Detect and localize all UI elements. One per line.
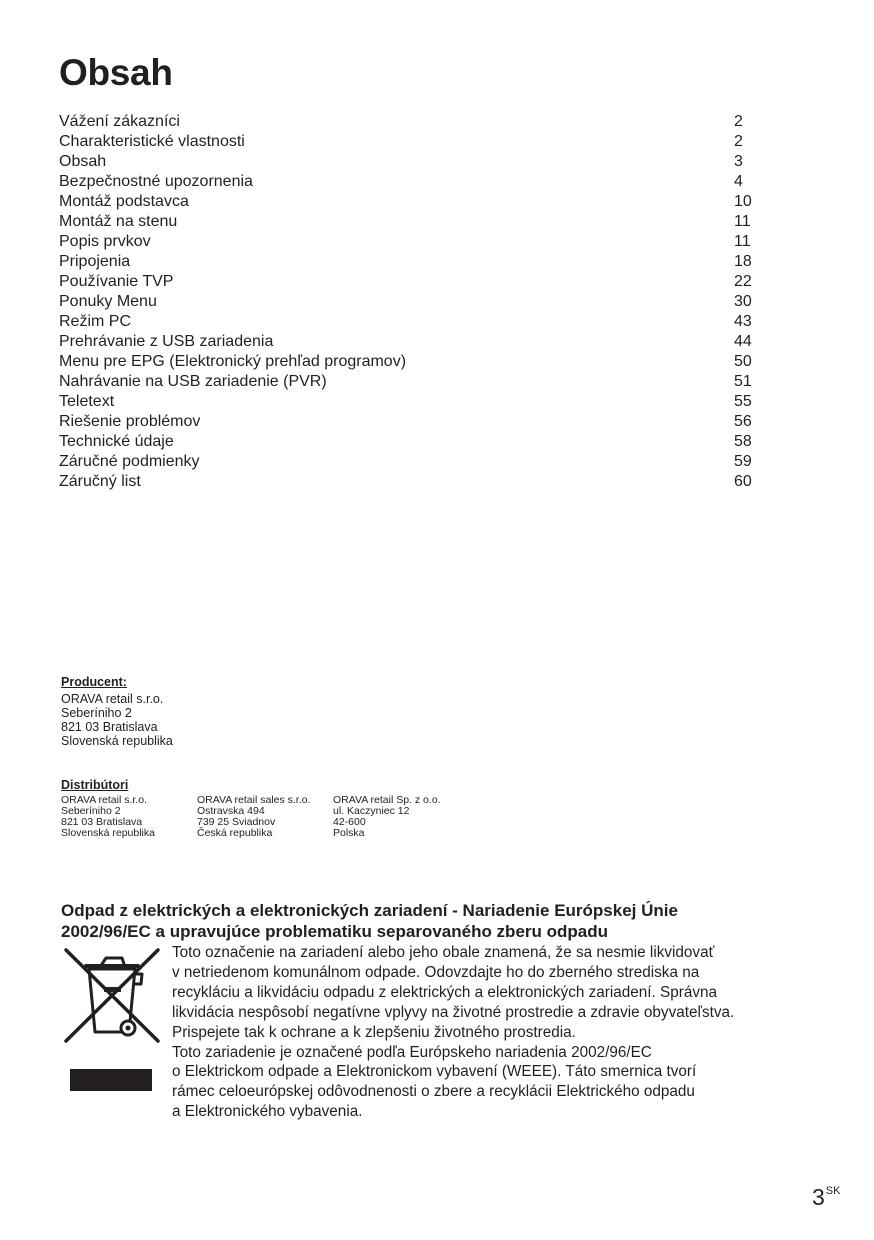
producer-line: Seberíniho 2 <box>61 706 173 720</box>
distributor-line: Polska <box>333 828 441 839</box>
weee-text-line: likvidácia nespôsobí negatívne vplyvy na… <box>172 1003 822 1023</box>
toc-entry-page: 44 <box>734 332 752 352</box>
toc-entry[interactable]: Záručný list60 <box>59 472 759 492</box>
toc-entry-page: 11 <box>734 232 751 252</box>
toc-entry-label: Nahrávanie na USB zariadenie (PVR) <box>59 372 327 392</box>
toc-entry-page: 51 <box>734 372 752 392</box>
toc-entry[interactable]: Montáž na stenu11 <box>59 212 759 232</box>
crossed-out-wheelie-bin-icon <box>62 944 162 1044</box>
toc-entry-label: Riešenie problémov <box>59 412 200 432</box>
toc-entry-page: 10 <box>734 192 752 212</box>
distributors-heading: Distribútori <box>61 778 441 792</box>
toc-entry[interactable]: Menu pre EPG (Elektronický prehľad progr… <box>59 352 759 372</box>
toc-entry-page: 58 <box>734 432 752 452</box>
toc-entry[interactable]: Používanie TVP22 <box>59 272 759 292</box>
toc-entry[interactable]: Prehrávanie z USB zariadenia44 <box>59 332 759 352</box>
toc-entry[interactable]: Popis prvkov11 <box>59 232 759 252</box>
toc-entry-label: Režim PC <box>59 312 131 332</box>
producer-line: ORAVA retail s.r.o. <box>61 692 173 706</box>
toc-entry-label: Záručné podmienky <box>59 452 200 472</box>
toc-entry-page: 22 <box>734 272 752 292</box>
page-title: Obsah <box>59 52 173 94</box>
weee-text-line: Toto zariadenie je označené podľa Európs… <box>172 1043 822 1063</box>
toc-entry[interactable]: Nahrávanie na USB zariadenie (PVR)51 <box>59 372 759 392</box>
toc-entry-label: Vážení zákazníci <box>59 112 180 132</box>
weee-black-bar <box>70 1069 152 1091</box>
page-number: 3SK <box>812 1184 840 1211</box>
toc-entry[interactable]: Montáž podstavca10 <box>59 192 759 212</box>
toc-entry-page: 55 <box>734 392 752 412</box>
toc-entry-label: Technické údaje <box>59 432 174 452</box>
weee-text-line: v netriedenom komunálnom odpade. Odovzda… <box>172 963 822 983</box>
toc-entry[interactable]: Ponuky Menu30 <box>59 292 759 312</box>
weee-heading-line: Odpad z elektrických a elektronických za… <box>61 901 678 920</box>
toc-entry-page: 11 <box>734 212 751 232</box>
toc-entry-label: Popis prvkov <box>59 232 151 252</box>
toc-entry-page: 59 <box>734 452 752 472</box>
producer-line: Slovenská republika <box>61 734 173 748</box>
producer-line: 821 03 Bratislava <box>61 720 173 734</box>
toc-entry[interactable]: Riešenie problémov56 <box>59 412 759 432</box>
toc-entry-page: 30 <box>734 292 752 312</box>
toc-entry-label: Teletext <box>59 392 114 412</box>
toc-entry[interactable]: Obsah3 <box>59 152 759 172</box>
distributor-address: ORAVA retail s.r.o. Seberíniho 2 821 03 … <box>61 795 197 839</box>
weee-text-line: Toto označenie na zariadení alebo jeho o… <box>172 943 822 963</box>
toc-entry-page: 60 <box>734 472 752 492</box>
toc-entry-label: Používanie TVP <box>59 272 173 292</box>
toc-entry-label: Záručný list <box>59 472 141 492</box>
toc-entry-label: Charakteristické vlastnosti <box>59 132 245 152</box>
toc-entry[interactable]: Vážení zákazníci2 <box>59 112 759 132</box>
table-of-contents: Vážení zákazníci2Charakteristické vlastn… <box>59 112 759 492</box>
distributor-address: ORAVA retail Sp. z o.o. ul. Kaczyniec 12… <box>333 795 441 839</box>
weee-description: Toto označenie na zariadení alebo jeho o… <box>172 943 822 1122</box>
distributor-line: Česká republika <box>197 828 333 839</box>
toc-entry-label: Bezpečnostné upozornenia <box>59 172 253 192</box>
weee-heading-line: 2002/96/EC a upravujúce problematiku sep… <box>61 922 608 941</box>
toc-entry-label: Prehrávanie z USB zariadenia <box>59 332 273 352</box>
weee-text-line: rámec celoeurópskej odôvodnenosti o zber… <box>172 1082 822 1102</box>
toc-entry-page: 2 <box>734 112 743 132</box>
toc-entry[interactable]: Teletext55 <box>59 392 759 412</box>
weee-text-line: recykláciu a likvidáciu odpadu z elektri… <box>172 983 822 1003</box>
weee-heading: Odpad z elektrických a elektronických za… <box>61 900 821 942</box>
producer-heading: Producent: <box>61 675 173 689</box>
distributor-line: Slovenská republika <box>61 828 197 839</box>
toc-entry-page: 3 <box>734 152 743 172</box>
weee-text-line: o Elektrickom odpade a Elektronickom vyb… <box>172 1062 822 1082</box>
toc-entry[interactable]: Pripojenia18 <box>59 252 759 272</box>
distributors-block: Distribútori ORAVA retail s.r.o. Seberín… <box>61 778 441 839</box>
producer-block: Producent: ORAVA retail s.r.o. Seberínih… <box>61 675 173 748</box>
toc-entry[interactable]: Bezpečnostné upozornenia4 <box>59 172 759 192</box>
toc-entry[interactable]: Režim PC43 <box>59 312 759 332</box>
distributor-address: ORAVA retail sales s.r.o. Ostravska 494 … <box>197 795 333 839</box>
toc-entry-label: Montáž podstavca <box>59 192 189 212</box>
toc-entry-page: 43 <box>734 312 752 332</box>
weee-text-line: Prispejete tak k ochrane a k zlepšeniu ž… <box>172 1023 822 1043</box>
toc-entry-page: 2 <box>734 132 743 152</box>
page-number-value: 3 <box>812 1184 825 1210</box>
toc-entry-label: Pripojenia <box>59 252 130 272</box>
toc-entry[interactable]: Technické údaje58 <box>59 432 759 452</box>
toc-entry-page: 56 <box>734 412 752 432</box>
toc-entry-label: Menu pre EPG (Elektronický prehľad progr… <box>59 352 406 372</box>
toc-entry-label: Obsah <box>59 152 106 172</box>
toc-entry-page: 18 <box>734 252 752 272</box>
toc-entry-page: 4 <box>734 172 743 192</box>
language-code: SK <box>826 1185 841 1197</box>
toc-entry-page: 50 <box>734 352 752 372</box>
toc-entry-label: Montáž na stenu <box>59 212 177 232</box>
toc-entry[interactable]: Charakteristické vlastnosti2 <box>59 132 759 152</box>
toc-entry-label: Ponuky Menu <box>59 292 157 312</box>
toc-entry[interactable]: Záručné podmienky59 <box>59 452 759 472</box>
weee-text-line: a Elektronického vybavenia. <box>172 1102 822 1122</box>
